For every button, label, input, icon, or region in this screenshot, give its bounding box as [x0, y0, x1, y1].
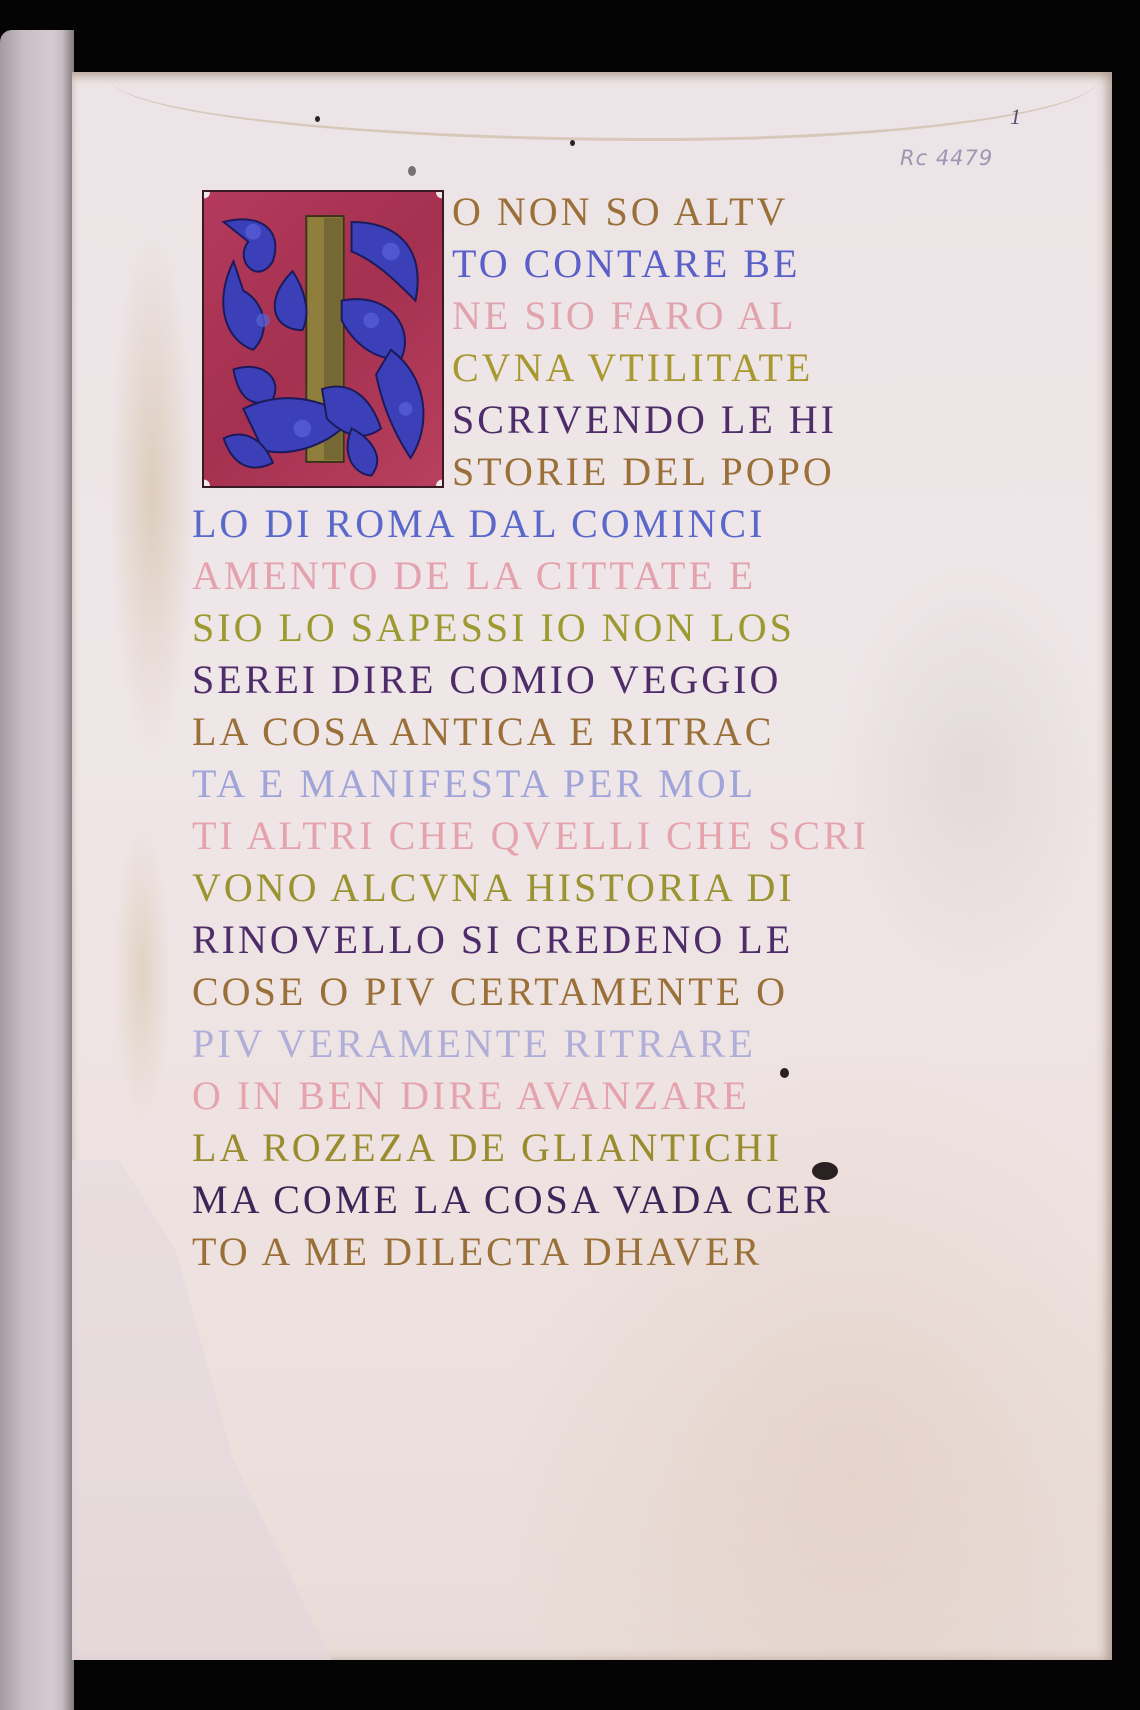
text-line: NE SIO FARO AL: [452, 294, 797, 338]
text-line: CVNA VTILITATE: [452, 346, 813, 390]
ink-blot: [570, 140, 575, 146]
text-line: TA E MANIFESTA PER MOL: [192, 762, 756, 806]
foliage-ornament-icon: [204, 192, 442, 486]
line-text: TO A ME DILECTA DHAVER: [192, 1229, 762, 1274]
line-text: LA ROZEZA DE GLIANTICHI: [192, 1125, 782, 1170]
line-text: O IN BEN DIRE AVANZARE: [192, 1073, 750, 1118]
text-line: MA COME LA COSA VADA CER: [192, 1178, 833, 1222]
text-line: STORIE DEL POPO: [452, 450, 835, 494]
line-text: PIV VERAMENTE RITRARE: [192, 1021, 756, 1066]
line-text: VONO ALCVNA HISTORIA DI: [192, 865, 795, 910]
line-text: CVNA VTILITATE: [452, 345, 813, 390]
text-line: TO A ME DILECTA DHAVER: [192, 1230, 762, 1274]
line-text: MA COME LA COSA VADA CER: [192, 1177, 833, 1222]
line-text: TA E MANIFESTA PER MOL: [192, 761, 756, 806]
text-line: LO DI ROMA DAL COMINCI: [192, 502, 765, 546]
line-text: SEREI DIRE COMIO VEGGIO: [192, 657, 781, 702]
line-text: TI ALTRI CHE QVELLI CHE SCRI: [192, 813, 869, 858]
line-text: SIO LO SAPESSI IO NON LOS: [192, 605, 795, 650]
line-text: NE SIO FARO AL: [452, 293, 797, 338]
ink-blot: [812, 1162, 838, 1180]
ink-blot: [408, 166, 416, 176]
shelfmark: Rc 4479: [900, 146, 993, 170]
line-text: SCRIVENDO LE HI: [452, 397, 837, 442]
text-line: COSE O PIV CERTAMENTE O: [192, 970, 788, 1014]
text-line: SIO LO SAPESSI IO NON LOS: [192, 606, 795, 650]
line-text: STORIE DEL POPO: [452, 449, 835, 494]
line-text: LA COSA ANTICA E RITRAC: [192, 709, 774, 754]
text-line: SCRIVENDO LE HI: [452, 398, 837, 442]
text-line: LA ROZEZA DE GLIANTICHI: [192, 1126, 782, 1170]
text-line: TO CONTARE BE: [452, 242, 800, 286]
text-line: RINOVELLO SI CREDENO LE: [192, 918, 793, 962]
text-line: TI ALTRI CHE QVELLI CHE SCRI: [192, 814, 869, 858]
line-text: AMENTO DE LA CITTATE E: [192, 553, 756, 598]
ink-blot: [315, 116, 320, 122]
line-text: RINOVELLO SI CREDENO LE: [192, 917, 793, 962]
line-text: TO CONTARE BE: [452, 241, 800, 286]
folio-number: 1: [1010, 104, 1021, 130]
ink-blot: [780, 1068, 789, 1078]
line-text: LO DI ROMA DAL COMINCI: [192, 501, 765, 546]
line-text: O NON SO ALTV: [452, 189, 788, 234]
line-text: COSE O PIV CERTAMENTE O: [192, 969, 788, 1014]
text-line: O NON SO ALTV: [452, 190, 788, 234]
text-line: SEREI DIRE COMIO VEGGIO: [192, 658, 781, 702]
text-line: VONO ALCVNA HISTORIA DI: [192, 866, 795, 910]
text-line: LA COSA ANTICA E RITRAC: [192, 710, 774, 754]
text-line: O IN BEN DIRE AVANZARE: [192, 1074, 750, 1118]
text-line: PIV VERAMENTE RITRARE: [192, 1022, 756, 1066]
illuminated-initial: [202, 190, 444, 488]
text-line: AMENTO DE LA CITTATE E: [192, 554, 756, 598]
